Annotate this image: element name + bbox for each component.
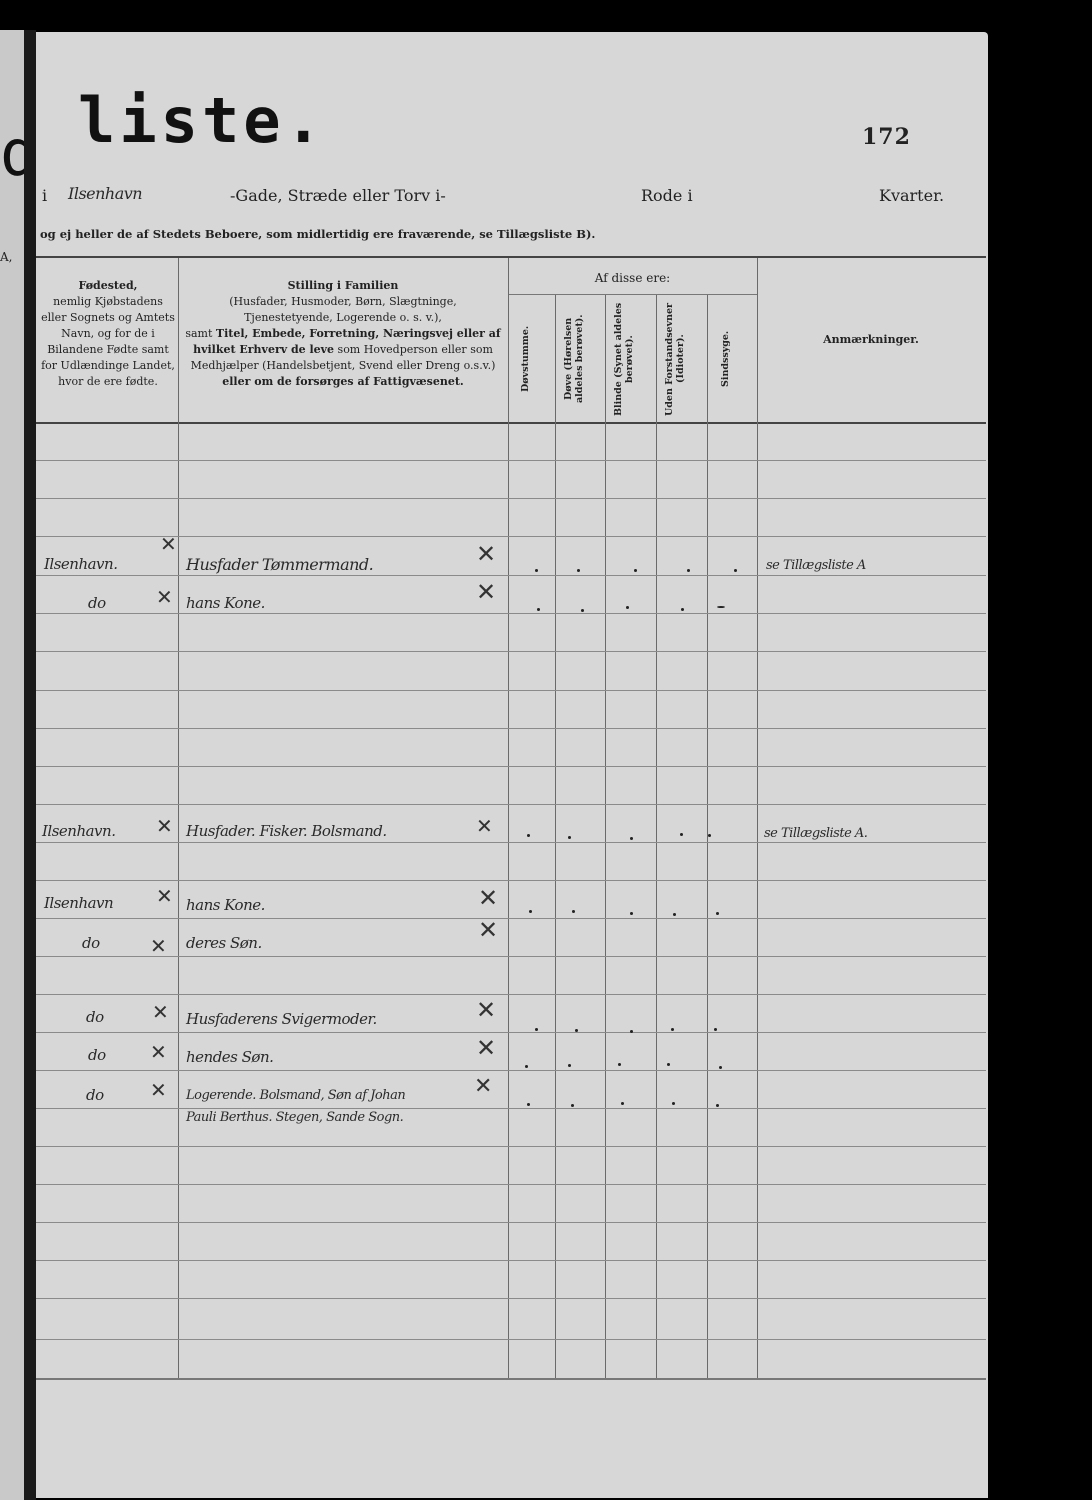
dot-mark bbox=[634, 569, 637, 572]
dot-mark bbox=[680, 833, 683, 836]
row-line bbox=[36, 804, 986, 805]
dot-mark bbox=[681, 608, 684, 611]
cell-birthplace: do bbox=[86, 1086, 104, 1104]
dot-mark bbox=[527, 1103, 530, 1106]
previous-page-title-fragment: d bbox=[0, 122, 24, 186]
header-dove: Døve (Hørelsen aldeles berøvet). bbox=[563, 300, 597, 418]
dot-mark bbox=[535, 1028, 538, 1031]
dot-mark bbox=[621, 1102, 624, 1105]
cell-position: hans Kone. bbox=[186, 896, 265, 914]
page-number: 172 bbox=[862, 124, 911, 150]
dot-mark bbox=[667, 1063, 670, 1066]
dot-mark bbox=[575, 1029, 578, 1032]
dot-mark bbox=[734, 569, 737, 572]
street-prefix: i bbox=[42, 186, 47, 205]
row-line bbox=[36, 1339, 986, 1340]
header-sindssyge: Sindssyge. bbox=[720, 300, 742, 418]
cell-birthplace: Ilsenhavn. bbox=[42, 822, 115, 840]
previous-page-edge: d A, bbox=[0, 30, 26, 1500]
dot-mark bbox=[671, 1028, 674, 1031]
x-mark-icon: ✕ bbox=[156, 814, 173, 838]
row-line bbox=[36, 575, 986, 576]
cell-birthplace: do bbox=[82, 934, 100, 952]
dot-mark bbox=[714, 1028, 717, 1031]
dot-mark bbox=[568, 1064, 571, 1067]
dot-mark bbox=[529, 910, 532, 913]
row-line bbox=[36, 1032, 986, 1033]
header-position: Stilling i Familien (Husfader, Husmoder,… bbox=[182, 278, 504, 390]
row-line bbox=[36, 613, 986, 614]
row-line bbox=[36, 1070, 986, 1071]
x-mark-icon: ✕ bbox=[156, 585, 173, 609]
dot-mark bbox=[568, 836, 571, 839]
dot-mark bbox=[716, 912, 719, 915]
dot-mark bbox=[716, 1104, 719, 1107]
cell-position: Husfader Tømmermand. bbox=[186, 555, 373, 574]
header-birthplace: Fødested, nemlig Kjøbstadens eller Sogne… bbox=[40, 278, 176, 390]
x-mark-icon: ✕ bbox=[476, 578, 496, 606]
header-remarks: Anmærkninger. bbox=[757, 332, 985, 348]
dot-mark bbox=[535, 569, 538, 572]
x-mark-icon: ✕ bbox=[478, 884, 498, 912]
dot-mark bbox=[571, 1104, 574, 1107]
street-label: -Gade, Stræde eller Torv i- bbox=[230, 186, 446, 205]
col-divider-5 bbox=[656, 295, 657, 1378]
header-af-disse-ere: Af disse ere: bbox=[508, 270, 757, 286]
x-mark-icon: ✕ bbox=[474, 1074, 492, 1099]
row-line bbox=[36, 728, 986, 729]
x-mark-icon: ✕ bbox=[150, 934, 167, 958]
col-divider-1 bbox=[178, 258, 179, 1378]
dot-mark bbox=[626, 606, 629, 609]
table-bottom-rule bbox=[36, 1378, 986, 1380]
cell-position: deres Søn. bbox=[186, 934, 262, 952]
row-line bbox=[36, 1222, 986, 1223]
row-line bbox=[36, 1260, 986, 1261]
row-line bbox=[36, 1146, 986, 1147]
cell-remarks: se Tillægsliste A bbox=[766, 558, 866, 573]
page-title: liste. bbox=[78, 84, 326, 157]
header-idioter: Uden Forstandsevner (Idioter). bbox=[664, 300, 698, 418]
dot-mark bbox=[630, 1030, 633, 1033]
dot-mark bbox=[527, 834, 530, 837]
street-name-handwritten: Ilsenhavn bbox=[68, 184, 142, 203]
row-line bbox=[36, 498, 986, 499]
instruction-text: og ej heller de af Stedets Beboere, som … bbox=[40, 227, 595, 241]
x-mark-icon: ✕ bbox=[478, 916, 498, 944]
row-line bbox=[36, 460, 986, 461]
col-divider-7 bbox=[757, 258, 758, 1378]
previous-page-letter: A, bbox=[0, 250, 12, 264]
row-line bbox=[36, 1298, 986, 1299]
row-line bbox=[36, 651, 986, 652]
x-mark-icon: ✕ bbox=[150, 1040, 167, 1064]
x-mark-icon: ✕ bbox=[152, 1000, 169, 1024]
col-divider-3 bbox=[555, 295, 556, 1378]
cell-remarks: se Tillægsliste A. bbox=[764, 826, 867, 841]
cell-position: hendes Søn. bbox=[186, 1048, 273, 1066]
dot-mark bbox=[630, 837, 633, 840]
subheader-rule bbox=[508, 294, 757, 295]
cell-birthplace: do bbox=[86, 1008, 104, 1026]
cell-position: hans Kone. bbox=[186, 594, 265, 612]
dot-mark bbox=[525, 1065, 528, 1068]
x-mark-icon: ✕ bbox=[156, 884, 173, 908]
dot-mark bbox=[618, 1063, 621, 1066]
col-divider-4 bbox=[605, 295, 606, 1378]
row-line bbox=[36, 1184, 986, 1185]
row-line bbox=[36, 918, 986, 919]
x-mark-icon: ✕ bbox=[476, 814, 493, 838]
x-mark-icon: ✕ bbox=[476, 1034, 496, 1062]
row-line bbox=[36, 994, 986, 995]
row-line bbox=[36, 536, 986, 537]
dot-mark bbox=[687, 569, 690, 572]
row-line bbox=[36, 956, 986, 957]
x-mark-icon: ✕ bbox=[476, 540, 496, 568]
cell-birthplace: Ilsenhavn bbox=[44, 894, 113, 912]
dot-mark bbox=[719, 1066, 722, 1069]
row-line bbox=[36, 690, 986, 691]
dash-mark bbox=[717, 606, 725, 608]
rode-label: Rode i bbox=[641, 186, 693, 205]
row-line bbox=[36, 1108, 986, 1109]
x-mark-icon: ✕ bbox=[476, 996, 496, 1024]
cell-birthplace: do bbox=[88, 1046, 106, 1064]
header-blinde: Blinde (Synet aldeles berøvet). bbox=[613, 300, 647, 418]
row-line bbox=[36, 766, 986, 767]
cell-position: Husfader. Fisker. Bolsmand. bbox=[186, 822, 387, 840]
dot-mark bbox=[537, 608, 540, 611]
cell-position: Logerende. Bolsmand, Søn af Johan bbox=[186, 1088, 405, 1103]
dot-mark bbox=[581, 609, 584, 612]
dot-mark bbox=[672, 1102, 675, 1105]
cell-position: Husfaderens Svigermoder. bbox=[186, 1010, 377, 1028]
row-line bbox=[36, 842, 986, 843]
kvarter-label: Kvarter. bbox=[879, 186, 944, 205]
x-mark-icon: ✕ bbox=[160, 532, 177, 556]
dot-mark bbox=[673, 913, 676, 916]
dot-mark bbox=[630, 912, 633, 915]
book-spine bbox=[24, 30, 36, 1500]
cell-birthplace: do bbox=[88, 594, 106, 612]
cell-birthplace: Ilsenhavn. bbox=[44, 555, 117, 573]
row-line bbox=[36, 880, 986, 881]
col-divider-2 bbox=[508, 258, 509, 1378]
cell-position-line2: Pauli Berthus. Stegen, Sande Sogn. bbox=[186, 1110, 403, 1125]
x-mark-icon: ✕ bbox=[150, 1078, 167, 1102]
dot-mark bbox=[708, 834, 711, 837]
dot-mark bbox=[577, 569, 580, 572]
header-dovstumme: Døvstumme. bbox=[520, 300, 542, 418]
dot-mark bbox=[572, 910, 575, 913]
